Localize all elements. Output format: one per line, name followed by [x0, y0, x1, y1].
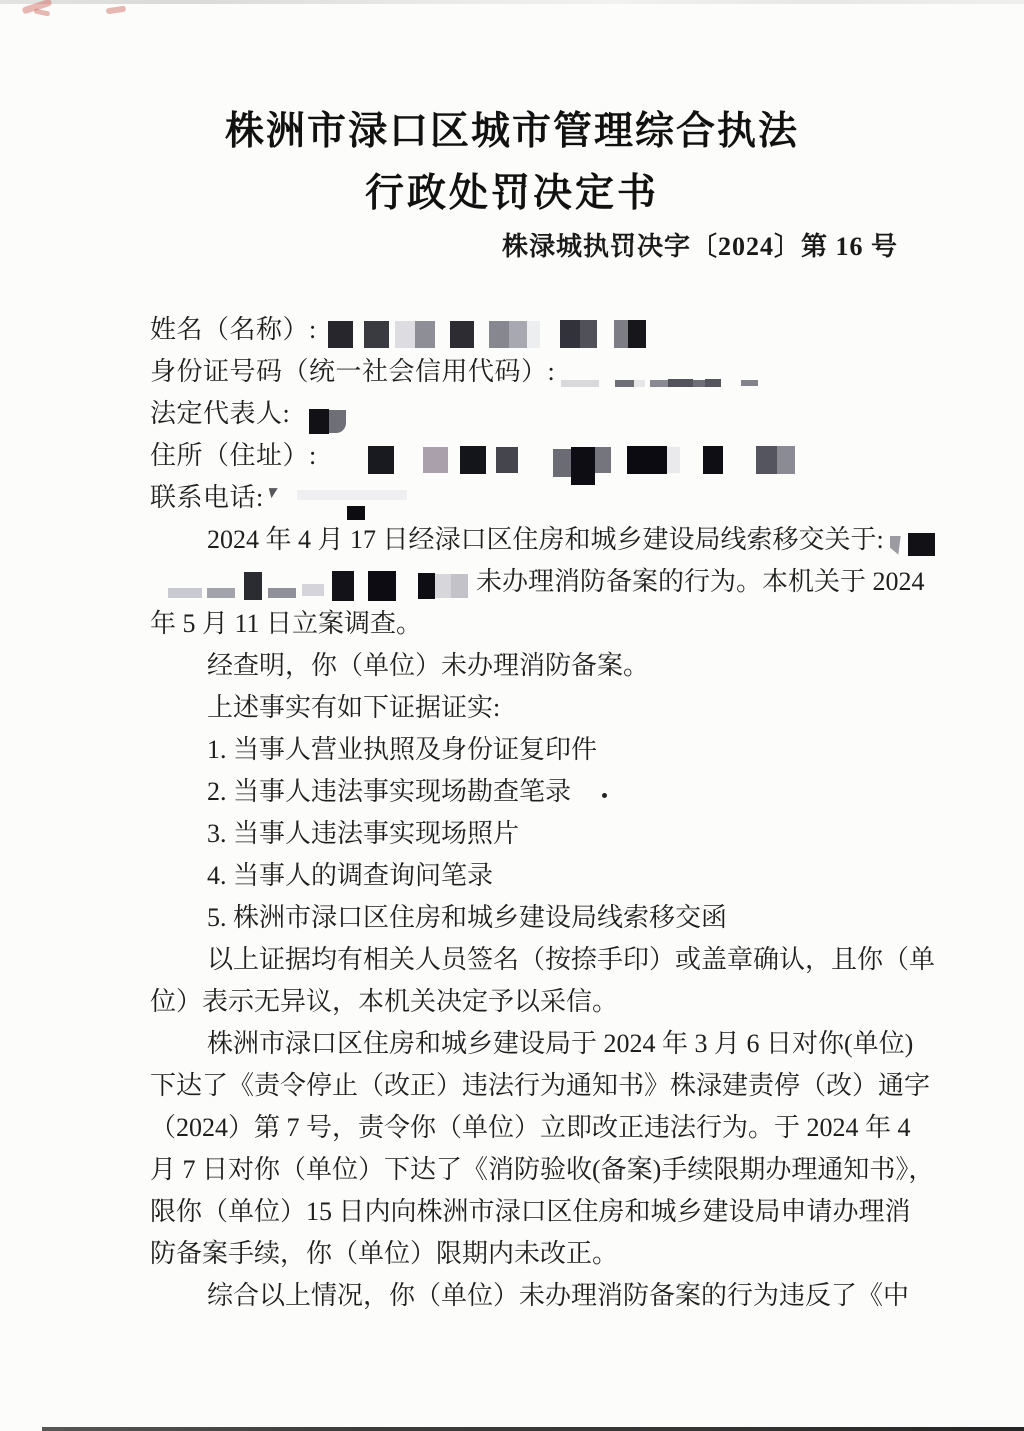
redaction-block: [207, 588, 235, 598]
redaction-block: [634, 380, 645, 387]
redaction-block: [756, 446, 777, 474]
field-row-0: 姓名（名称）:: [150, 309, 912, 351]
party-info-fields: 姓名（名称）:身份证号码（统一社会信用代码）:法定代表人:住所（住址）:联系电话…: [150, 309, 912, 519]
body-line-text: 上述事实有如下证据证实:: [207, 693, 500, 722]
redaction-block: [496, 447, 518, 473]
body-line-8: 4. 当事人的调查询问笔录: [150, 855, 912, 897]
body-line-text: 株洲市渌口区住房和城乡建设局于 2024 年 3 月 6 日对你(单位): [207, 1029, 913, 1058]
scan-artifact-red: [34, 8, 51, 16]
redaction-block: [703, 446, 723, 474]
redaction-block: [627, 446, 667, 474]
body-line-text: 1. 当事人营业执照及身份证复印件: [207, 735, 597, 764]
scan-edge-top: [0, 0, 1024, 4]
body-line-text: 限你（单位）15 日内向株洲市渌口区住房和城乡建设局申请办理消: [150, 1197, 911, 1226]
redaction-p1end: [884, 521, 935, 563]
redaction-block: [268, 588, 296, 598]
document-title-line2: 行政处罚决定书: [0, 162, 1024, 218]
field-row-1: 身份证号码（统一社会信用代码）:: [150, 351, 912, 393]
body-line-text: 月 7 日对你（单位）下达了《消防验收(备案)手续限期办理通知书》，: [150, 1155, 934, 1184]
redaction-block: [309, 409, 329, 434]
body-line-16: 限你（单位）15 日内向株洲市渌口区住房和城乡建设局申请办理消: [150, 1191, 912, 1233]
redaction-block: [415, 321, 435, 348]
body-line-text: 位）表示无异议，本机关决定予以采信。: [150, 987, 618, 1016]
body-line-17: 防备案手续，你（单位）限期内未改正。: [150, 1233, 912, 1275]
body-line-text: 3. 当事人违法事实现场照片: [207, 819, 519, 848]
redaction-block: [595, 447, 611, 473]
redaction-block: [527, 321, 540, 348]
redaction-block: [553, 449, 571, 477]
redaction-block: [560, 320, 580, 348]
redaction-block: [450, 321, 474, 348]
body-line-0: 2024 年 4 月 17 日经渌口区住房和城乡建设局线索移交关于:: [150, 519, 912, 561]
body-line-5: 1. 当事人营业执照及身份证复印件: [150, 729, 912, 771]
redaction-block: [460, 446, 486, 474]
redaction-block: [329, 410, 346, 433]
redaction-block: [908, 533, 935, 556]
body-line-4: 上述事实有如下证据证实:: [150, 687, 912, 729]
body-line-text: 未办理消防备案的行为。本机关于 2024: [476, 567, 925, 596]
field-label: 住所（住址）:: [150, 441, 317, 470]
redaction-block: [269, 488, 278, 498]
body-line-text: 年 5 月 11 日立案调查。: [150, 609, 422, 638]
decision-text: 2024 年 4 月 17 日经渌口区住房和城乡建设局线索移交关于:未办理消防备…: [150, 519, 912, 1317]
redaction-block: [705, 379, 721, 387]
redaction-block: [614, 320, 628, 348]
redaction-block: [693, 380, 705, 387]
field-row-3: 住所（住址）:: [150, 435, 912, 477]
redaction-p1lead: [150, 563, 468, 605]
scan-edge-bottom: [42, 1427, 1024, 1431]
field-label: 联系电话:: [150, 483, 264, 512]
redaction-block: [168, 588, 202, 598]
body-line-10: 以上证据均有相关人员签名（按捺手印）或盖章确认，且你（单: [150, 939, 912, 981]
redaction-block: [628, 320, 646, 348]
redaction-block: [561, 380, 599, 387]
body-line-13: 下达了《责令停止（改正）违法行为通知书》株渌建责停（改）通字: [150, 1065, 912, 1107]
body-line-9: 5. 株洲市渌口区住房和城乡建设局线索移交函: [150, 897, 912, 939]
body-line-1: 未办理消防备案的行为。本机关于 2024: [150, 561, 912, 603]
redaction-phone: [264, 479, 365, 521]
body-line-text: 下达了《责令停止（改正）违法行为通知书》株渌建责停（改）通字: [150, 1071, 930, 1100]
body-line-6: 2. 当事人违法事实现场勘查笔录: [150, 771, 912, 813]
stray-dot-artifact: [602, 793, 607, 798]
body-line-text: 防备案手续，你（单位）限期内未改正。: [150, 1239, 618, 1268]
body-line-text: 综合以上情况，你（单位）未办理消防备案的行为违反了《中: [207, 1281, 909, 1310]
redaction-block: [650, 380, 668, 387]
body-line-7: 3. 当事人违法事实现场照片: [150, 813, 912, 855]
redaction-block: [244, 572, 262, 600]
redaction-name: [317, 311, 646, 353]
body-line-2: 年 5 月 11 日立案调查。: [150, 603, 912, 645]
redaction-block: [435, 574, 451, 598]
redaction-block: [332, 571, 354, 601]
redaction-block: [347, 506, 365, 520]
redaction-block: [580, 320, 597, 348]
redaction-block: [328, 321, 353, 348]
document-title-line1: 株洲市渌口区城市管理综合执法: [0, 100, 1024, 156]
redaction-block: [668, 379, 693, 387]
body-line-14: （2024）第 7 号，责令你（单位）立即改正违法行为。于 2024 年 4: [150, 1107, 912, 1149]
field-row-4: 联系电话:: [150, 477, 912, 519]
body-line-text: 5. 株洲市渌口区住房和城乡建设局线索移交函: [207, 903, 727, 932]
redaction-block: [302, 584, 324, 596]
field-label: 身份证号码（统一社会信用代码）:: [150, 357, 555, 386]
body-line-3: 经查明，你（单位）未办理消防备案。: [150, 645, 912, 687]
redaction-idcode: [555, 353, 758, 395]
redaction-block: [368, 446, 394, 474]
redaction-block: [615, 380, 634, 387]
document-number: 株渌城执罚决字〔2024〕第 16 号: [502, 226, 898, 263]
redaction-block: [489, 321, 509, 348]
body-line-text: （2024）第 7 号，责令你（单位）立即改正违法行为。于 2024 年 4: [150, 1113, 911, 1142]
scan-artifact-red: [106, 6, 127, 15]
body-line-text: 以上证据均有相关人员签名（按捺手印）或盖章确认，且你（单: [207, 945, 935, 974]
field-row-2: 法定代表人:: [150, 393, 912, 435]
field-label: 法定代表人:: [150, 399, 290, 428]
redaction-block: [418, 573, 435, 599]
redaction-block: [667, 447, 680, 473]
redaction-block: [364, 321, 389, 348]
redaction-block: [297, 490, 407, 500]
document-body: 姓名（名称）:身份证号码（统一社会信用代码）:法定代表人:住所（住址）:联系电话…: [150, 309, 912, 1317]
redaction-block: [423, 447, 448, 473]
field-label: 姓名（名称）:: [150, 315, 317, 344]
body-line-12: 株洲市渌口区住房和城乡建设局于 2024 年 3 月 6 日对你(单位): [150, 1023, 912, 1065]
redaction-block: [571, 447, 595, 485]
body-line-15: 月 7 日对你（单位）下达了《消防验收(备案)手续限期办理通知书》，: [150, 1149, 912, 1191]
body-line-18: 综合以上情况，你（单位）未办理消防备案的行为违反了《中: [150, 1275, 912, 1317]
redaction-legalrep: [290, 395, 346, 437]
redaction-block: [509, 321, 527, 348]
redaction-block: [395, 321, 415, 348]
body-line-text: 2. 当事人违法事实现场勘查笔录: [207, 777, 571, 806]
redaction-address: [317, 437, 795, 479]
redaction-block: [368, 571, 396, 601]
body-line-text: 4. 当事人的调查询问笔录: [207, 861, 493, 890]
redaction-block: [451, 574, 468, 598]
body-line-text: 经查明，你（单位）未办理消防备案。: [207, 651, 649, 680]
redaction-block: [890, 536, 901, 555]
body-line-11: 位）表示无异议，本机关决定予以采信。: [150, 981, 912, 1023]
body-line-text: 2024 年 4 月 17 日经渌口区住房和城乡建设局线索移交关于:: [207, 525, 884, 554]
redaction-block: [777, 446, 795, 474]
redaction-block: [741, 380, 758, 386]
